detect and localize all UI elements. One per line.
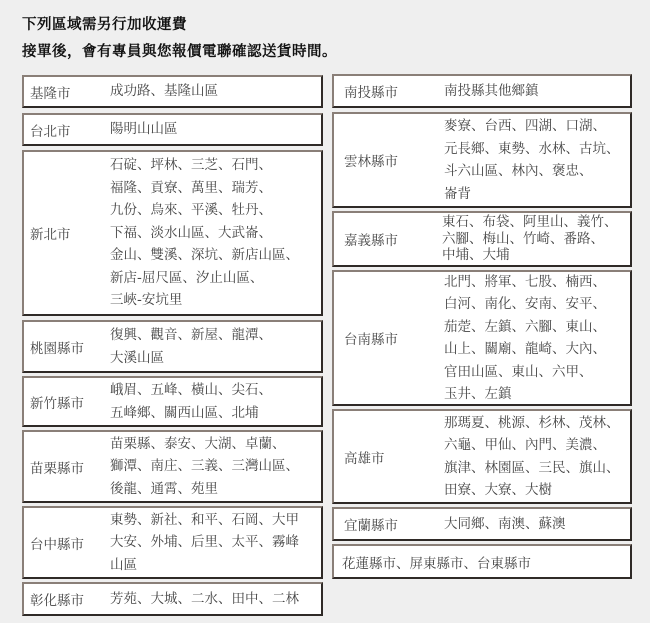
region-box-taoyuan: 桃園縣市 復興、觀音、新屋、龍潭、 大溪山區 (22, 320, 323, 373)
region-areas: 北門、將軍、七股、楠西、 白河、南化、安南、安平、 茄萣、左鎮、六腳、東山、 山… (444, 271, 630, 406)
region-box-changhua: 彰化縣市 芳苑、大城、二水、田中、二林 (22, 582, 323, 616)
page-subtitle: 接單後，會有專員與您報價電聯確認送貨時間。 (22, 40, 337, 61)
page-title: 下列區域需另行加收運費 (22, 13, 187, 34)
region-box-tainan: 台南縣市 北門、將軍、七股、楠西、 白河、南化、安南、安平、 茄萣、左鎮、六腳、… (332, 270, 632, 406)
region-areas: 南投縣其他鄉鎮 (444, 80, 630, 103)
region-label: 雲林縣市 (334, 150, 444, 170)
region-box-yilan: 宜蘭縣市 大同鄉、南澳、蘇澳 (332, 507, 632, 541)
region-label: 桃園縣市 (24, 337, 110, 357)
region-box-nantou: 南投縣市 南投縣其他鄉鎮 (332, 74, 632, 108)
region-areas: 大同鄉、南澳、蘇澳 (444, 513, 630, 536)
region-areas: 復興、觀音、新屋、龍潭、 大溪山區 (110, 324, 321, 369)
region-areas: 陽明山山區 (110, 118, 321, 141)
region-label: 台北市 (24, 120, 110, 140)
region-box-kaohsiung: 高雄市 那瑪夏、桃源、杉林、茂林、 六龜、甲仙、內門、美濃、 旗津、林園區、三民… (332, 409, 632, 504)
region-label: 彰化縣市 (24, 589, 110, 609)
region-box-new-taipei: 新北市 石碇、坪林、三芝、石門、 福隆、貢寮、萬里、瑞芳、 九份、烏來、平溪、牡… (22, 150, 323, 316)
region-areas: 成功路、基隆山區 (110, 80, 321, 103)
region-label: 宜蘭縣市 (334, 514, 444, 534)
region-box-keelung: 基隆市 成功路、基隆山區 (22, 75, 323, 108)
region-areas: 那瑪夏、桃源、杉林、茂林、 六龜、甲仙、內門、美濃、 旗津、林園區、三民、旗山、… (444, 412, 630, 502)
region-label: 苗栗縣市 (24, 457, 110, 477)
region-label: 新竹縣市 (24, 392, 110, 412)
region-areas: 麥寮、台西、四湖、口湖、 元長鄉、東勢、水林、古坑、 斗六山區、林內、褒忠、 崙… (444, 115, 630, 205)
region-label: 台南縣市 (334, 328, 444, 348)
region-box-yunlin: 雲林縣市 麥寮、台西、四湖、口湖、 元長鄉、東勢、水林、古坑、 斗六山區、林內、… (332, 112, 632, 208)
region-label: 高雄市 (334, 447, 444, 467)
region-label: 花蓮縣市、屏東縣市、台東縣市 (334, 552, 531, 572)
region-box-miaoli: 苗栗縣市 苗栗縣、泰安、大湖、卓蘭、 獅潭、南庄、三義、三灣山區、 後龍、通霄、… (22, 430, 323, 503)
region-label: 基隆市 (24, 82, 110, 102)
region-areas: 東石、布袋、阿里山、義竹、 六腳、梅山、竹崎、番路、 中埔、大埔 (442, 214, 630, 264)
region-box-hsinchu: 新竹縣市 峨眉、五峰、橫山、尖石、 五峰鄉、關西山區、北埔 (22, 376, 323, 427)
region-box-taichung: 台中縣市 東勢、新社、和平、石岡、大甲 大安、外埔、后里、太平、霧峰 山區 (22, 506, 323, 579)
region-label: 南投縣市 (334, 81, 444, 101)
region-label: 嘉義縣市 (334, 229, 444, 249)
region-areas: 苗栗縣、泰安、大湖、卓蘭、 獅潭、南庄、三義、三灣山區、 後龍、通霄、苑里 (110, 433, 321, 501)
region-box-east-south: 花蓮縣市、屏東縣市、台東縣市 (332, 544, 632, 579)
region-areas: 石碇、坪林、三芝、石門、 福隆、貢寮、萬里、瑞芳、 九份、烏來、平溪、牡丹、 下… (110, 154, 321, 312)
region-areas: 東勢、新社、和平、石岡、大甲 大安、外埔、后里、太平、霧峰 山區 (110, 509, 321, 577)
region-label: 新北市 (24, 223, 110, 243)
region-box-chiayi: 嘉義縣市 東石、布袋、阿里山、義竹、 六腳、梅山、竹崎、番路、 中埔、大埔 (332, 211, 632, 267)
region-label: 台中縣市 (24, 533, 110, 553)
region-areas: 芳苑、大城、二水、田中、二林 (110, 588, 321, 611)
region-areas: 峨眉、五峰、橫山、尖石、 五峰鄉、關西山區、北埔 (110, 379, 321, 424)
region-box-taipei: 台北市 陽明山山區 (22, 113, 323, 146)
